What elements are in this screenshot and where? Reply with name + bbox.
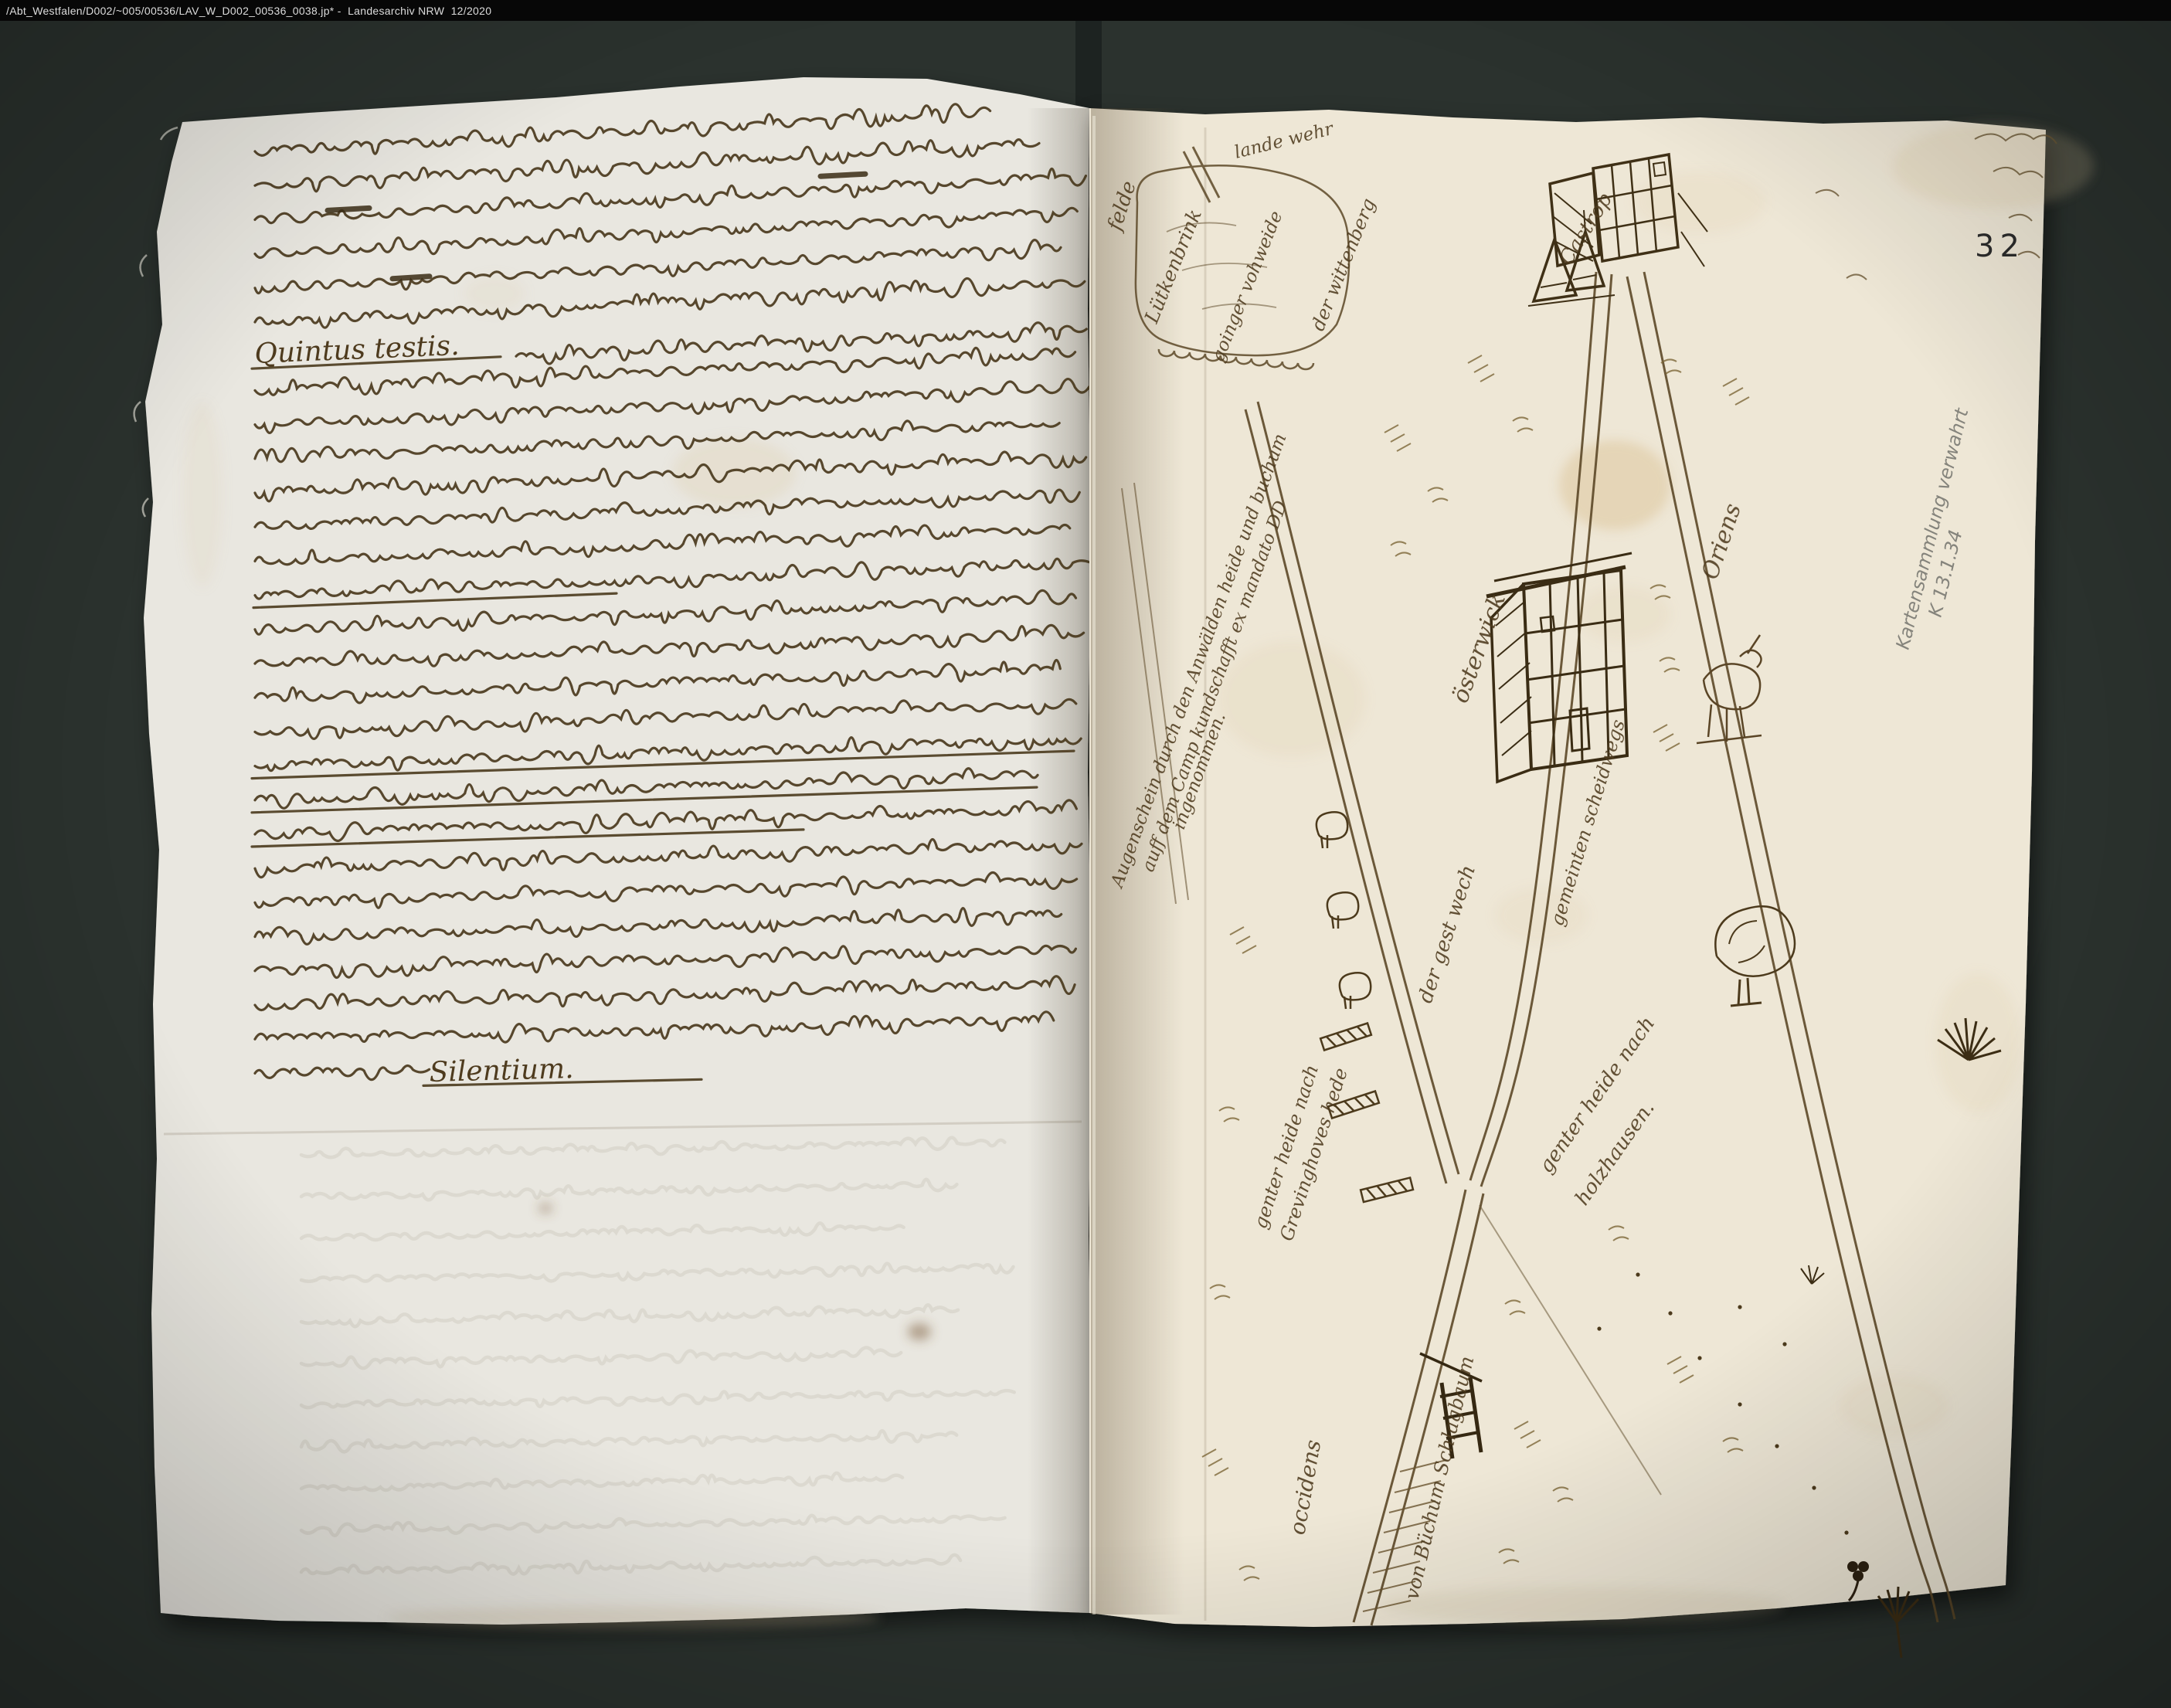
archive-scan-view: /Abt_Westfalen/D002/~005/00536/LAV_W_D00… xyxy=(0,0,2171,1708)
left-page-sheet xyxy=(144,77,1092,1625)
right-page: felde lande wehr Lütkenbrink goinger voh… xyxy=(1089,108,2094,1658)
page-number: 32 xyxy=(1975,229,2025,264)
titlebar-text: /Abt_Westfalen/D002/~005/00536/LAV_W_D00… xyxy=(6,5,491,17)
heading-silentium: Silentium. xyxy=(429,1053,574,1088)
titlebar: /Abt_Westfalen/D002/~005/00536/LAV_W_D00… xyxy=(0,0,2171,21)
scan-canvas: Quintus testis. Silentium. xyxy=(0,0,2171,1708)
left-page: Quintus testis. Silentium. xyxy=(134,77,1092,1631)
